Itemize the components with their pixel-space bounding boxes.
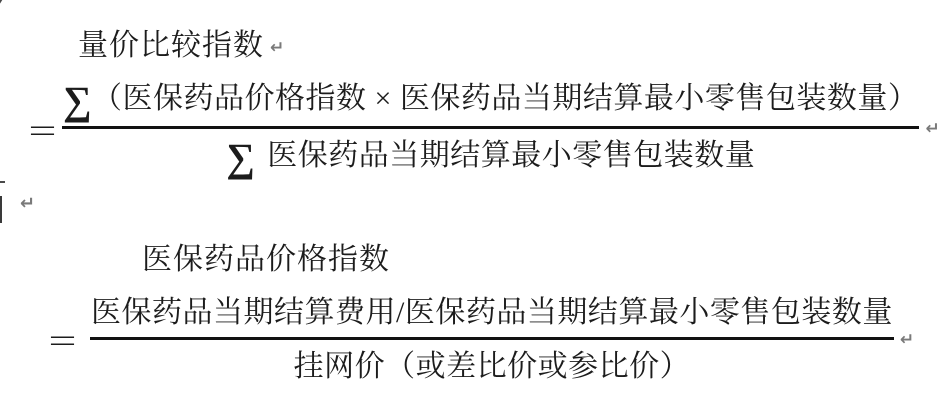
return-mark-icon: ↵	[900, 330, 914, 350]
formula1-title-text: 量价比较指数	[78, 29, 264, 62]
return-mark-icon: ↵	[270, 38, 284, 58]
sigma-symbol: ∑	[226, 138, 255, 178]
formula1-denominator: ∑医保药品当期结算最小零售包装数量	[62, 129, 919, 178]
formula2-equation: ＝ 医保药品当期结算费用/医保药品当期结算最小零售包装数量 ↵ 挂网价（或差比价…	[46, 294, 894, 385]
formula2-title: 医保药品价格指数	[142, 234, 390, 278]
formula1-numerator: ∑（医保药品价格指数 × 医保药品当期结算最小零售包装数量）	[62, 80, 919, 126]
document-page: 量价比较指数↵ ＝ ∑（医保药品价格指数 × 医保药品当期结算最小零售包装数量）…	[0, 0, 952, 406]
fraction-bar: ↵	[62, 126, 919, 129]
formula1-title: 量价比较指数↵	[78, 20, 284, 64]
scan-artifact-line	[0, 196, 2, 223]
formula1-denominator-text: 医保药品当期结算最小零售包装数量	[267, 139, 755, 172]
formula2-denominator: 挂网价（或差比价或参比价）	[90, 340, 894, 386]
paragraph-mark: ↵	[20, 193, 35, 214]
equals-sign: ＝	[46, 316, 79, 363]
return-mark-icon: ↵	[925, 119, 939, 139]
fraction-bar: ↵	[90, 337, 894, 340]
formula1-fraction: ∑（医保药品价格指数 × 医保药品当期结算最小零售包装数量） ↵ ∑医保药品当期…	[62, 80, 919, 178]
scan-artifact-dash	[0, 181, 5, 183]
formula2-numerator: 医保药品当期结算费用/医保药品当期结算最小零售包装数量	[90, 294, 894, 337]
equals-sign: ＝	[26, 106, 59, 153]
formula1-numerator-text: （医保药品价格指数 × 医保药品当期结算最小零售包装数量）	[92, 82, 918, 115]
sigma-symbol: ∑	[63, 81, 92, 121]
formula2-fraction: 医保药品当期结算费用/医保药品当期结算最小零售包装数量 ↵ 挂网价（或差比价或参…	[90, 294, 894, 385]
formula1-equation: ＝ ∑（医保药品价格指数 × 医保药品当期结算最小零售包装数量） ↵ ∑医保药品…	[26, 80, 919, 178]
scan-artifact-corner	[0, 0, 3, 9]
formula2-title-text: 医保药品价格指数	[142, 243, 390, 276]
